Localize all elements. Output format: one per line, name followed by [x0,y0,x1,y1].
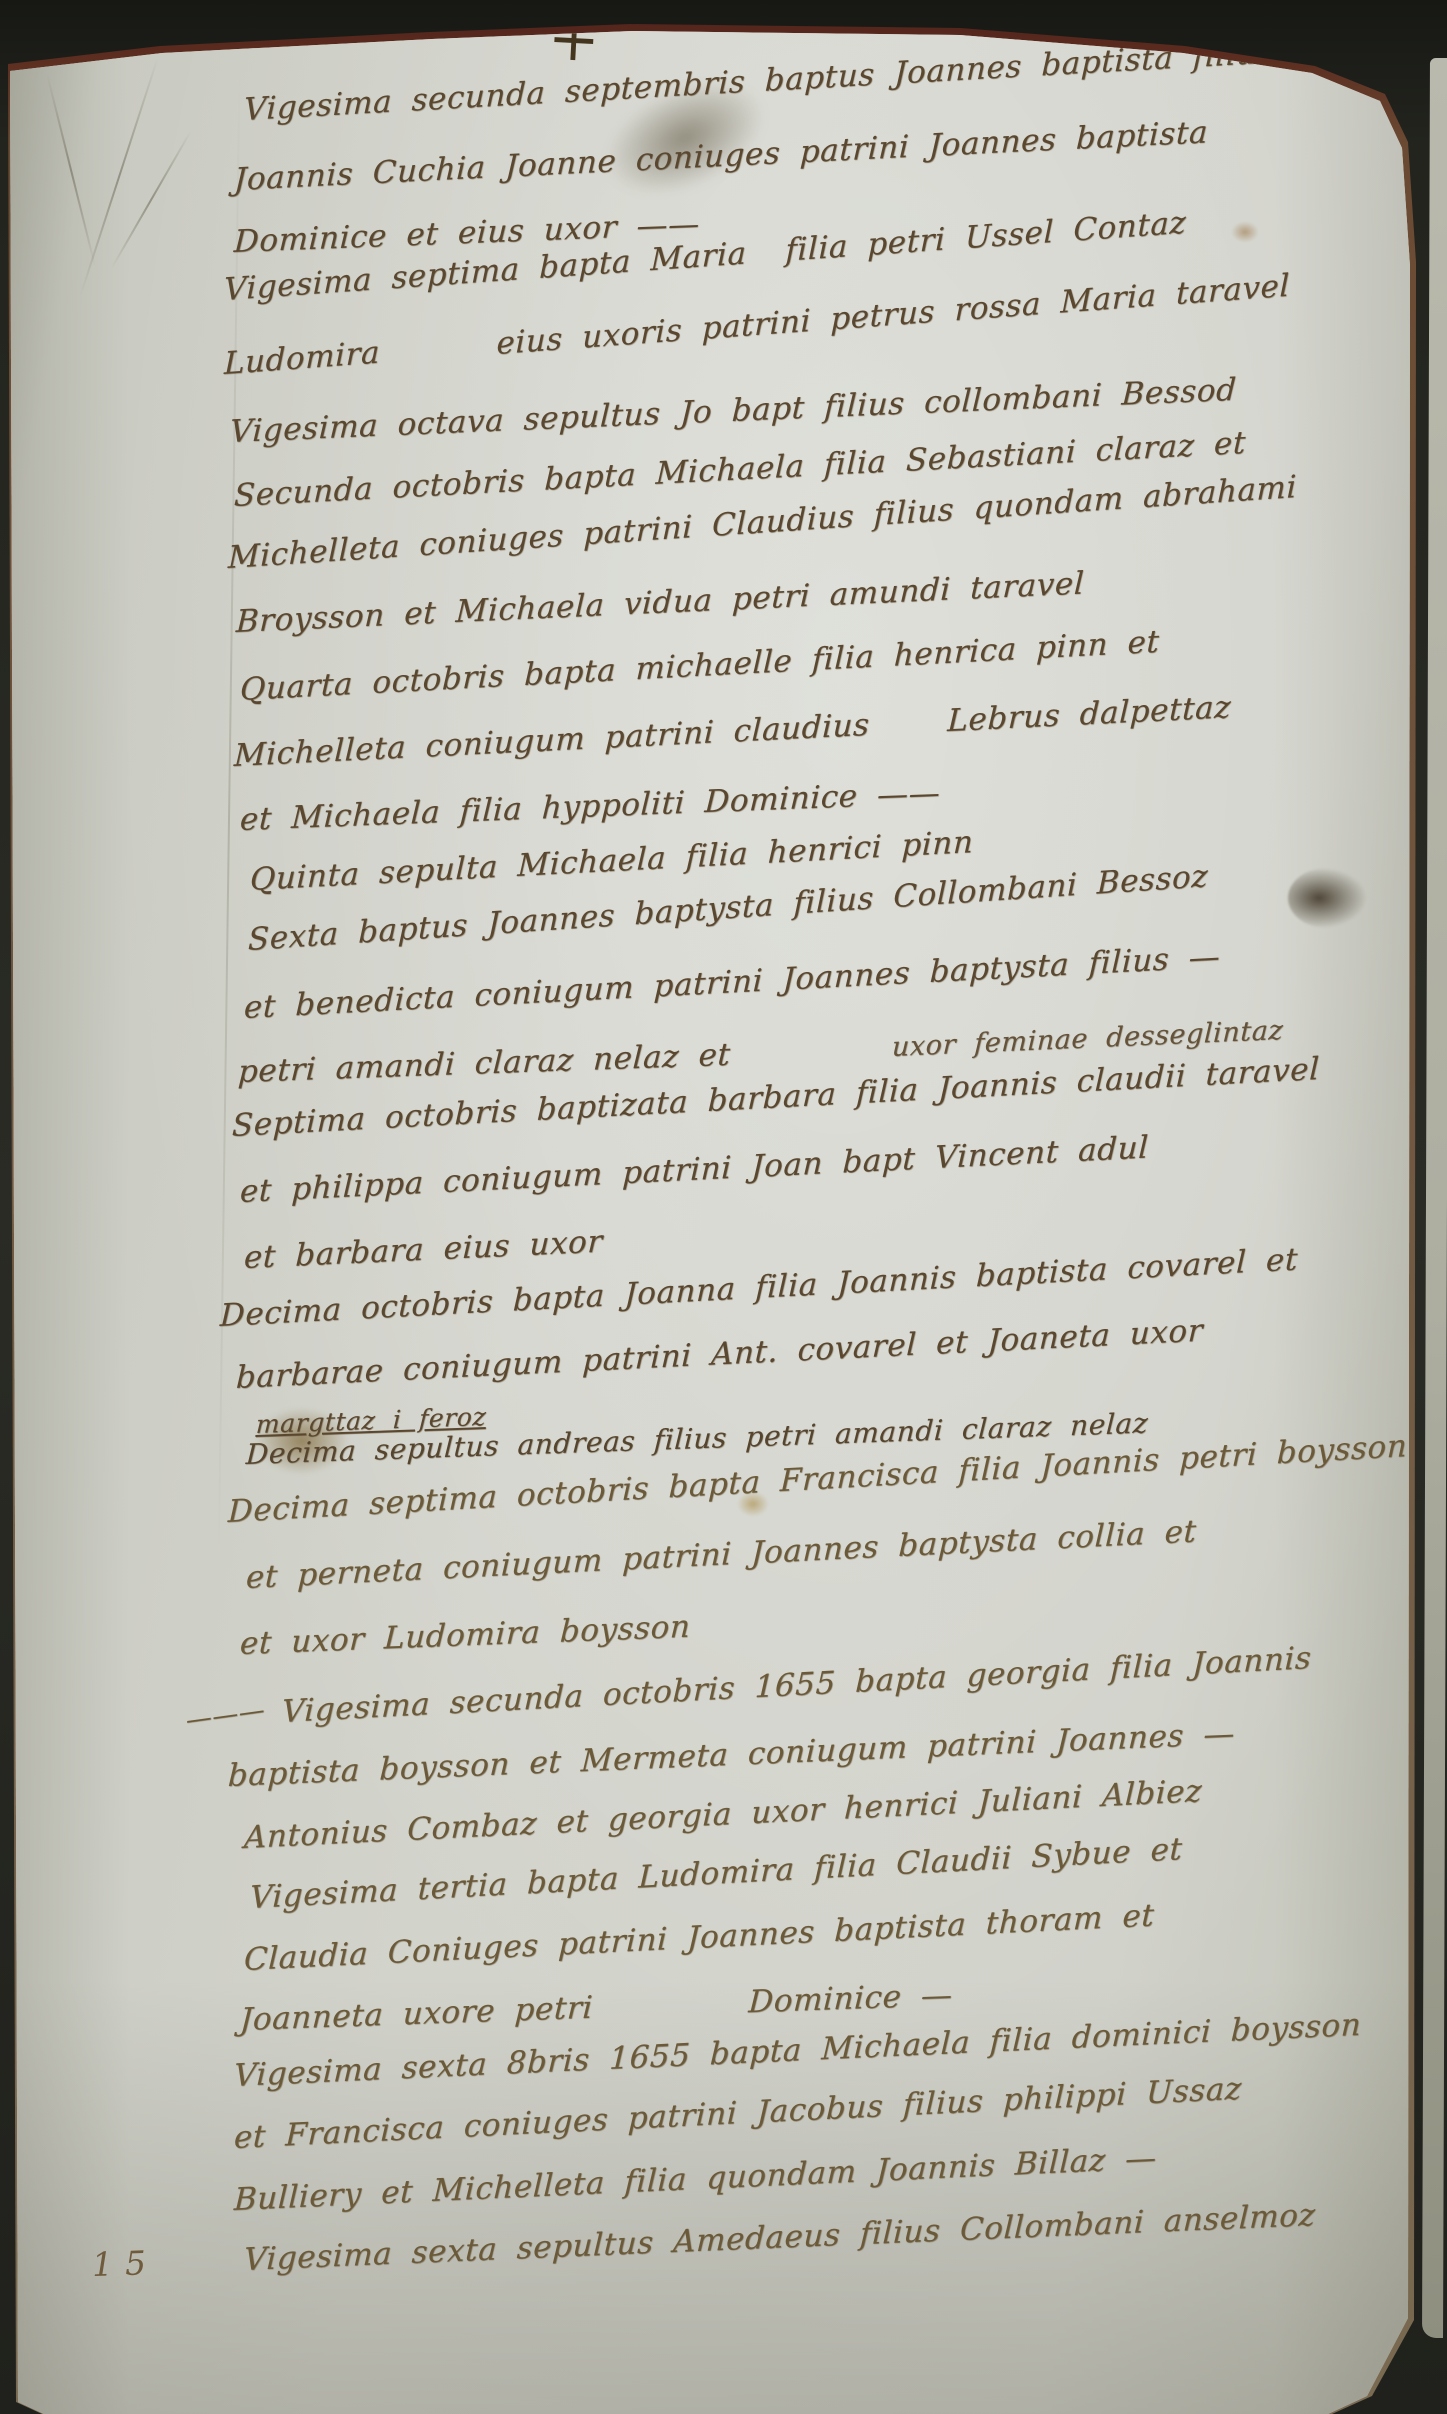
manuscript-page: + Vigesima secunda septembris baptus Joa… [0,0,1447,2414]
paper-stain [1232,222,1258,242]
ink-blot [1288,868,1366,928]
next-page-edge [1422,58,1447,2338]
page-number: 15 [91,2243,158,2284]
cross-mark: + [546,1,602,77]
manuscript-photo: { "page": { "description": "Seventeenth-… [0,0,1447,2414]
